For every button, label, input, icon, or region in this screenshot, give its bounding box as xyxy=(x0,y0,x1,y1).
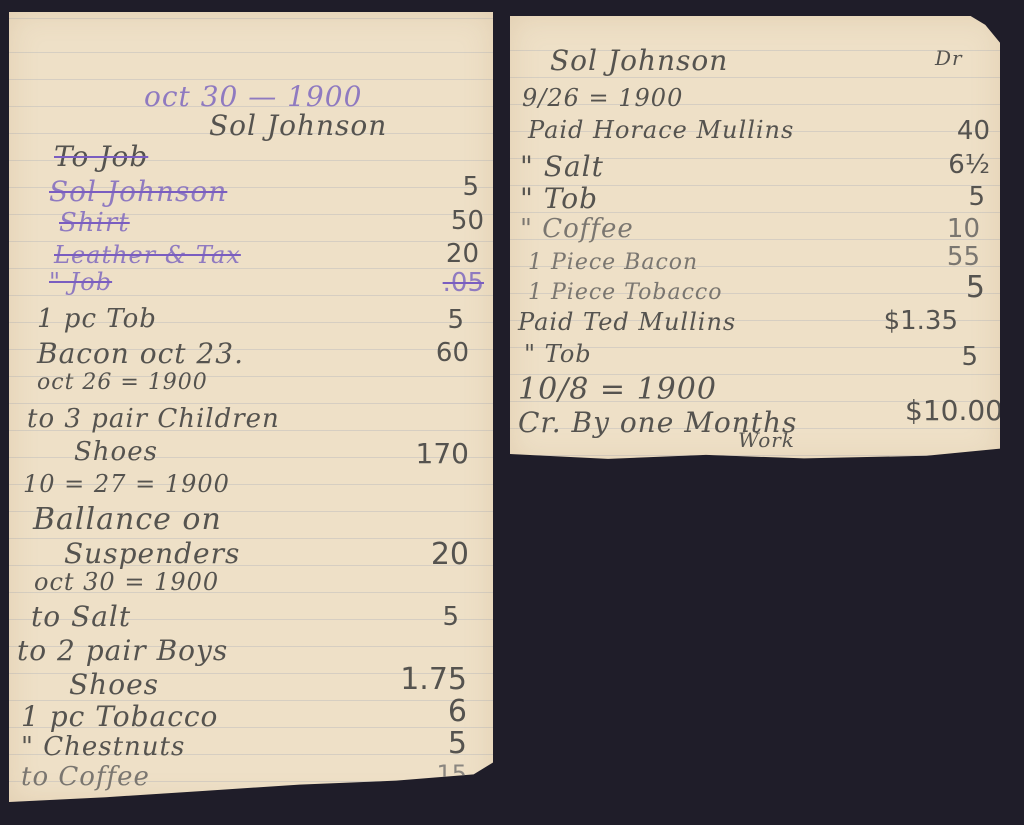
entry-text: Leather & Tax xyxy=(54,241,241,269)
entry-text: to 3 pair Children xyxy=(27,404,280,434)
entry-text: 10 = 27 = 1900 xyxy=(23,470,230,498)
entry-amount: 60 xyxy=(379,338,469,368)
entry-text: " Chestnuts xyxy=(21,732,185,762)
entry-text: to Salt xyxy=(31,600,131,633)
entry-text: oct 26 = 1900 xyxy=(37,370,208,395)
entry-text: " Tob xyxy=(524,340,592,368)
entry-text: " Salt xyxy=(520,150,604,183)
entry-amount: $10.00 xyxy=(905,394,995,427)
entry-text: Suspenders xyxy=(64,537,240,570)
entry-text: Paid Horace Mullins xyxy=(528,116,794,144)
entry-text: Sol Johnson xyxy=(49,175,227,208)
entry-amount: 15 xyxy=(377,760,467,788)
entry-amount: 50 xyxy=(394,206,484,236)
entry-text: 1 pc Tob xyxy=(37,304,157,334)
entry-text: 1 Piece Tobacco xyxy=(528,280,722,305)
entry-text: oct 30 = 1900 xyxy=(34,568,219,596)
entry-amount: 5 xyxy=(895,182,985,212)
ledger-sheet-left: oct 30 — 1900 Sol Johnson To Job Sol Joh… xyxy=(9,12,493,802)
entry-amount: 5 xyxy=(374,305,464,335)
entry-text: " Job xyxy=(49,268,112,296)
entry-amount: 5 xyxy=(377,726,467,761)
entry-text: " Tob xyxy=(520,182,598,215)
entry-text: Shoes xyxy=(74,437,158,467)
entry-amount: 5 xyxy=(888,342,978,372)
entry-text: 1 pc Tobacco xyxy=(21,700,218,733)
entry-amount: 40 xyxy=(900,116,990,146)
entry-text: to 2 pair Boys xyxy=(17,634,228,667)
entry-text: Ballance on xyxy=(33,502,222,537)
ledger-sheet-right: Sol Johnson Dr 9/26 = 1900 Paid Horace M… xyxy=(510,16,1000,462)
entry-amount: 1.75 xyxy=(377,662,467,697)
entry-amount: 20 xyxy=(389,239,479,269)
entry-text: Bacon oct 23. xyxy=(37,337,244,370)
entry-amount: 5 xyxy=(895,270,985,305)
entry-amount: 170 xyxy=(379,437,469,470)
entry-amount: 5 xyxy=(369,602,459,632)
entry-text: Shirt xyxy=(59,208,130,238)
entry-text: 1 Piece Bacon xyxy=(528,250,698,275)
header-name: Sol Johnson xyxy=(209,109,387,142)
entry-text: To Job xyxy=(54,140,148,173)
entry-amount: 5 xyxy=(389,172,479,202)
entry-amount: 20 xyxy=(379,537,469,572)
entry-text: 9/26 = 1900 xyxy=(522,84,683,112)
entry-amount: .05 xyxy=(394,268,484,298)
entry-text: Shoes xyxy=(69,668,159,701)
header-name: Sol Johnson xyxy=(550,44,728,77)
entry-amount: 6½ xyxy=(900,150,990,180)
header-note: Dr xyxy=(935,46,963,70)
entry-text: 10/8 = 1900 xyxy=(518,372,717,407)
entry-text: Work xyxy=(738,428,795,452)
entry-amount: 6 xyxy=(377,694,467,729)
entry-amount: 55 xyxy=(890,242,980,272)
entry-amount: 10 xyxy=(890,214,980,244)
entry-text: to Coffee xyxy=(21,762,150,792)
entry-amount: $1.35 xyxy=(868,306,958,336)
entry-text: Paid Ted Mullins xyxy=(518,308,736,336)
entry-text: " Coffee xyxy=(520,214,634,244)
